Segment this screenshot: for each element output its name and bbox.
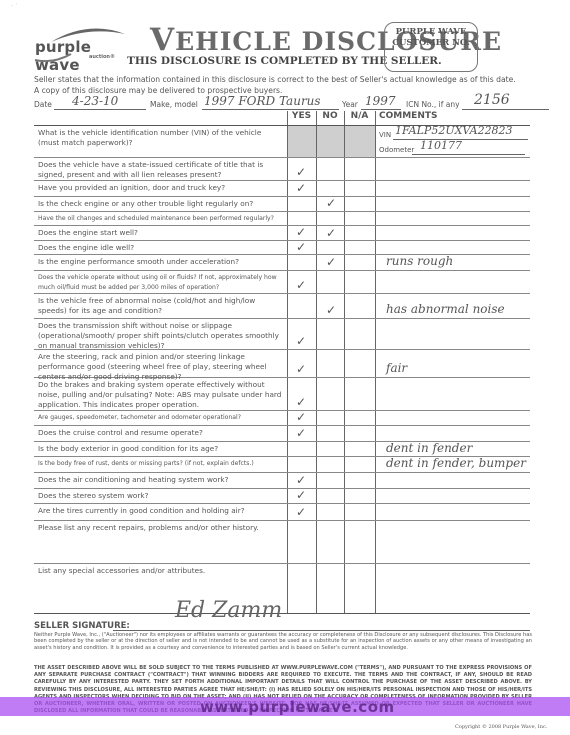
vehicle-info-line: Date 4-23-10 Make, model 1997 FORD Tauru… bbox=[34, 96, 549, 110]
header-na: N/A bbox=[344, 111, 375, 125]
row-divider bbox=[34, 563, 530, 564]
checkmark-yes[interactable]: ✓ bbox=[296, 410, 306, 424]
row-divider bbox=[34, 318, 530, 319]
question-text: Does the vehicle operate without using o… bbox=[38, 273, 284, 293]
checkmark-yes[interactable]: ✓ bbox=[296, 505, 306, 519]
customer-number-box[interactable]: PURPLE WAVE CUSTOMER NO. bbox=[384, 22, 478, 72]
question-text: Is the check engine or any other trouble… bbox=[38, 199, 284, 209]
question-text: Is the vehicle free of abnormal noise (c… bbox=[38, 296, 284, 316]
question-text: Does the engine idle well? bbox=[38, 243, 284, 253]
customer-box-line2: CUSTOMER NO. bbox=[385, 38, 477, 49]
logo-subtext: auction® bbox=[89, 54, 115, 60]
question-text: Please list any recent repairs, problems… bbox=[38, 523, 284, 533]
year-label: Year bbox=[342, 100, 358, 109]
odometer-field[interactable]: 110177 bbox=[412, 143, 525, 155]
checkmark-yes[interactable]: ✓ bbox=[296, 278, 306, 292]
question-text: Does the transmission shift without nois… bbox=[38, 321, 284, 351]
question-text: Is the body free of rust, dents or missi… bbox=[38, 459, 284, 469]
seller-signature: Ed Zamm bbox=[175, 598, 282, 623]
question-text: Are the steering, rack and pinion and/or… bbox=[38, 352, 284, 382]
comment-text: dent in fender, bumper bbox=[386, 456, 526, 470]
column-divider bbox=[344, 111, 345, 613]
header-no: NO bbox=[316, 111, 344, 125]
column-divider bbox=[375, 111, 376, 613]
checkmark-no[interactable]: ✓ bbox=[326, 196, 336, 210]
checkmark-yes[interactable]: ✓ bbox=[296, 240, 306, 254]
question-text: Does the air conditioning and heating sy… bbox=[38, 475, 284, 485]
statement-line: Seller states that the information conta… bbox=[34, 74, 549, 85]
vin-shaded-cells bbox=[287, 125, 375, 157]
vin-label: VIN bbox=[379, 131, 391, 139]
question-text: Are the tires currently in good conditio… bbox=[38, 506, 284, 516]
row-divider bbox=[34, 410, 530, 411]
question-text: Does the vehicle have a state-issued cer… bbox=[38, 160, 284, 180]
row-divider bbox=[34, 180, 530, 181]
signature-line[interactable] bbox=[113, 630, 530, 631]
row-divider bbox=[34, 425, 530, 426]
icn-field[interactable]: 2156 bbox=[462, 96, 549, 110]
checkmark-yes[interactable]: ✓ bbox=[296, 426, 306, 440]
wave-underline-icon bbox=[33, 50, 73, 64]
disclaimer-text: Neither Purple Wave, Inc., ("Auctioneer"… bbox=[34, 632, 532, 651]
question-text: Is the body exterior in good condition f… bbox=[38, 444, 284, 454]
customer-box-line1: PURPLE WAVE bbox=[385, 27, 477, 38]
checkmark-no[interactable]: ✓ bbox=[326, 303, 336, 317]
row-divider bbox=[34, 520, 530, 521]
column-divider bbox=[287, 111, 288, 613]
row-divider bbox=[34, 488, 530, 489]
checkmark-yes[interactable]: ✓ bbox=[296, 395, 306, 409]
question-text: Do the brakes and braking system operate… bbox=[38, 380, 284, 410]
checkmark-yes[interactable]: ✓ bbox=[296, 225, 306, 239]
year-field[interactable]: 1997 bbox=[361, 96, 401, 110]
row-divider bbox=[34, 254, 530, 255]
make-label: Make, model bbox=[150, 100, 198, 109]
row-divider bbox=[34, 270, 530, 271]
column-divider bbox=[316, 111, 317, 613]
checkmark-yes[interactable]: ✓ bbox=[296, 362, 306, 376]
checkmark-yes[interactable]: ✓ bbox=[296, 488, 306, 502]
comment-text: fair bbox=[386, 361, 407, 375]
question-text: List any special accessories and/or attr… bbox=[38, 566, 284, 576]
comment-text: dent in fender bbox=[386, 441, 472, 455]
banner-url[interactable]: www.purplewave.com bbox=[200, 698, 395, 716]
question-text: What is the vehicle identification numbe… bbox=[38, 128, 284, 148]
header-comments: COMMENTS bbox=[379, 111, 437, 125]
copyright: Copyright © 2008 Purple Wave, Inc. bbox=[455, 724, 547, 730]
question-text: Have the oil changes and scheduled maint… bbox=[38, 214, 284, 224]
checkmark-yes[interactable]: ✓ bbox=[296, 165, 306, 179]
question-text: Does the stereo system work? bbox=[38, 491, 284, 501]
icn-label: ICN No., if any bbox=[406, 100, 460, 109]
checkmark-no[interactable]: ✓ bbox=[326, 226, 336, 240]
odometer-label: Odometer bbox=[379, 146, 414, 154]
comment-text: has abnormal noise bbox=[386, 302, 505, 316]
checkmark-yes[interactable]: ✓ bbox=[296, 181, 306, 195]
scan-artifact: · ˙ bbox=[11, 3, 18, 10]
question-text: Does the cruise control and resume opera… bbox=[38, 428, 284, 438]
date-label: Date bbox=[34, 100, 52, 109]
row-divider bbox=[34, 157, 530, 158]
row-divider bbox=[34, 293, 530, 294]
seller-statement: Seller states that the information conta… bbox=[34, 74, 549, 96]
checkmark-yes[interactable]: ✓ bbox=[296, 473, 306, 487]
row-divider bbox=[34, 125, 530, 126]
checkmark-yes[interactable]: ✓ bbox=[296, 334, 306, 348]
row-divider bbox=[34, 240, 530, 241]
comment-text: runs rough bbox=[386, 254, 453, 268]
row-divider bbox=[34, 503, 530, 504]
question-text: Are gauges, speedometer, tachometer and … bbox=[38, 413, 284, 423]
row-divider bbox=[34, 472, 530, 473]
row-divider bbox=[34, 225, 530, 226]
purple-wave-logo: purple wave auction® bbox=[33, 24, 128, 64]
header-yes: YES bbox=[287, 111, 316, 125]
question-text: Have you provided an ignition, door and … bbox=[38, 183, 284, 193]
row-divider bbox=[34, 196, 530, 197]
question-text: Does the engine start well? bbox=[38, 228, 284, 238]
checkmark-no[interactable]: ✓ bbox=[326, 255, 336, 269]
question-text: Is the engine performance smooth under a… bbox=[38, 257, 284, 267]
row-divider bbox=[34, 211, 530, 212]
make-model-field[interactable]: 1997 FORD Taurus bbox=[202, 96, 339, 110]
date-field[interactable]: 4-23-10 bbox=[54, 96, 146, 110]
